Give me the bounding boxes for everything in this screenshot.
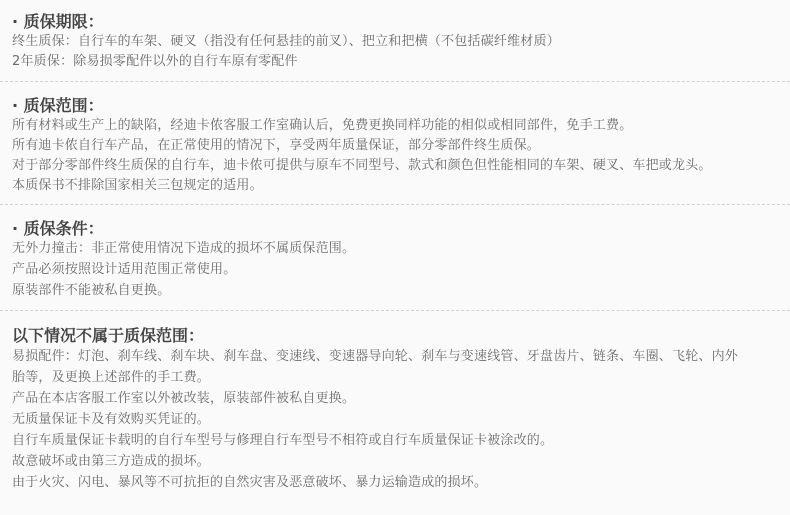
warranty-conditions-line: 原装部件不能被私自更换。 xyxy=(12,281,170,301)
section-divider xyxy=(0,81,790,82)
warranty-exclusions-line: 胎等，及更换上述部件的手工费。 xyxy=(12,368,210,388)
warranty-period-heading: · 质保期限： xyxy=(12,12,104,32)
warranty-exclusions-heading: 以下情况不属于质保范围： xyxy=(12,326,204,346)
warranty-exclusions-line: 由于火灾、闪电、暴风等不可抗拒的自然灾害及恶意破坏、暴力运输造成的损坏。 xyxy=(12,473,487,493)
warranty-exclusions-line: 无质量保证卡及有效购买凭证的。 xyxy=(12,410,210,430)
warranty-period-line: 终生质保：自行车的车架、硬叉（指没有任何悬挂的前叉）、把立和把横（不包括碳纤维材… xyxy=(12,32,560,52)
warranty-exclusions-line: 自行车质量保证卡载明的自行车型号与修理自行车型号不相符或自行车质量保证卡被涂改的… xyxy=(12,431,553,451)
section-divider xyxy=(0,310,790,311)
warranty-scope-line: 所有迪卡侬自行车产品，在正常使用的情况下，享受两年质量保证，部分零部件终生质保。 xyxy=(12,136,540,156)
warranty-exclusions-line: 故意破坏或由第三方造成的损坏。 xyxy=(12,452,210,472)
warranty-conditions-line: 无外力撞击：非正常使用情况下造成的损坏不属质保范围。 xyxy=(12,239,355,259)
warranty-conditions-heading: · 质保条件： xyxy=(12,219,104,239)
warranty-exclusions-line: 产品在本店客服工作室以外被改装，原装部件被私自更换。 xyxy=(12,389,355,409)
warranty-scope-line: 对于部分零部件终生质保的自行车，迪卡侬可提供与原车不同型号、款式和颜色但性能相同… xyxy=(12,156,712,176)
warranty-conditions-line: 产品必须按照设计适用范围正常使用。 xyxy=(12,260,236,280)
warranty-period-line: 2年质保：除易损零配件以外的自行车原有零配件 xyxy=(12,52,298,72)
warranty-scope-heading: · 质保范围： xyxy=(12,96,104,116)
section-divider xyxy=(0,204,790,205)
warranty-scope-line: 所有材料或生产上的缺陷，经迪卡侬客服工作室确认后，免费更换同样功能的相似或相同部… xyxy=(12,116,632,136)
warranty-exclusions-line: 易损配件：灯泡、刹车线、刹车块、刹车盘、变速线、变速器导向轮、刹车与变速线管、牙… xyxy=(12,347,738,367)
warranty-scope-line: 本质保书不排除国家相关三包规定的适用。 xyxy=(12,176,263,196)
